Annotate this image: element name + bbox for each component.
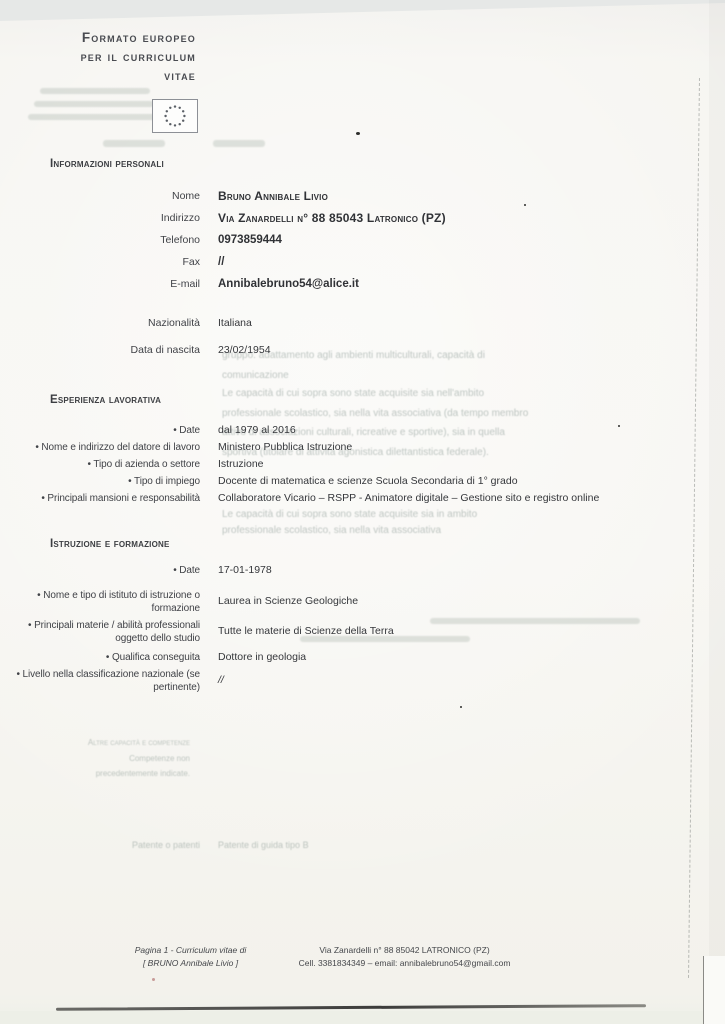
personal-info-rows: Nome Bruno Annibale Livio Indirizzo Via … (8, 190, 688, 300)
label-exp-date: • Date (8, 424, 200, 441)
row-telefono: Telefono 0973859444 (8, 234, 688, 256)
row-edu-date: • Date 17-01-1978 (8, 564, 688, 581)
row-edu-level: • Livello nella classificazione nazional… (8, 668, 688, 694)
row-nome: Nome Bruno Annibale Livio (8, 190, 688, 212)
label-telefono: Telefono (8, 234, 200, 256)
row-fax: Fax // (8, 256, 688, 278)
ghost-smudge (34, 101, 154, 107)
label-data-nascita: Data di nascita (8, 344, 200, 371)
value-telefono: 0973859444 (218, 234, 688, 256)
value-email: Annibalebruno54@alice.it (218, 278, 688, 300)
value-nazionalita: Italiana (218, 317, 688, 344)
scan-speck (356, 132, 360, 135)
label-fax: Fax (8, 256, 200, 278)
label-exp-sector: • Tipo di azienda o settore (8, 458, 200, 475)
ghost-smudge (28, 114, 158, 120)
value-nome: Bruno Annibale Livio (218, 190, 688, 212)
ghost-license-value: Patente di guida tipo B (218, 840, 468, 850)
row-exp-duties: • Principali mansioni e responsabilità C… (8, 492, 688, 509)
label-email: E-mail (8, 278, 200, 300)
row-edu-institute: • Nome e tipo di istituto di istruzione … (8, 589, 688, 615)
footer-contact-info: Via Zanardelli n° 88 85042 LATRONICO (PZ… (272, 944, 537, 969)
label-nome: Nome (8, 190, 200, 212)
scan-speck (618, 425, 620, 427)
value-edu-level: // (218, 668, 688, 694)
row-edu-qualification: • Qualifica conseguita Dottore in geolog… (8, 651, 688, 668)
label-indirizzo: Indirizzo (8, 212, 200, 234)
footer-page-info: Pagina 1 - Curriculum vitae di [ BRUNO A… (88, 944, 293, 969)
page-edge-bottom-line (56, 1004, 646, 1011)
value-indirizzo: Via Zanardelli n° 88 85043 Latronico (PZ… (218, 212, 688, 234)
value-edu-institute: Laurea in Scienze Geologiche (218, 589, 688, 615)
value-edu-subjects: Tutte le materie di Scienze della Terra (218, 619, 688, 645)
cv-title: Formato europeo per il curriculum vitae (30, 28, 196, 85)
row-exp-employer: • Nome e indirizzo del datore di lavoro … (8, 441, 688, 458)
page-edge-right-shade (709, 0, 725, 1024)
row-exp-role: • Tipo di impiego Docente di matematica … (8, 475, 688, 492)
ghost-bleedthrough-paragraph: Le capacità di cui sopra sono state acqu… (222, 507, 658, 539)
footer-page-line: [ BRUNO Annibale Livio ] (88, 957, 293, 970)
row-email: E-mail Annibalebruno54@alice.it (8, 278, 688, 300)
value-data-nascita: 23/02/1954 (218, 344, 688, 371)
cv-title-line: per il curriculum (30, 47, 196, 66)
label-exp-role: • Tipo di impiego (8, 475, 200, 492)
row-edu-subjects: • Principali materie / abilità professio… (8, 619, 688, 645)
value-exp-employer: Ministero Pubblica Istruzione (218, 441, 688, 458)
page-corner-paper (703, 956, 725, 1024)
cv-title-line: vitae (30, 66, 196, 85)
row-nazionalita: Nazionalità Italiana (8, 317, 688, 344)
scan-speck (524, 204, 526, 206)
page-edge-top (0, 0, 725, 24)
value-edu-qualification: Dottore in geologia (218, 651, 688, 668)
ghost-bleedthrough-labels: Altre capacità e competenze Competenze n… (18, 735, 190, 782)
scan-speck (460, 706, 462, 708)
row-exp-sector: • Tipo di azienda o settore Istruzione (8, 458, 688, 475)
label-edu-qualification: • Qualifica conseguita (8, 651, 200, 668)
label-exp-employer: • Nome e indirizzo del datore di lavoro (8, 441, 200, 458)
row-data-nascita: Data di nascita 23/02/1954 (8, 344, 688, 371)
scanned-cv-page: gruppo: adattamento agli ambienti multic… (0, 0, 725, 1024)
footer-contact-line: Via Zanardelli n° 88 85042 LATRONICO (PZ… (272, 944, 537, 957)
footer-page-line: Pagina 1 - Curriculum vitae di (88, 944, 293, 957)
section-title-education: Istruzione e formazione (50, 538, 280, 550)
section-title-personal-info: Informazioni personali (50, 158, 280, 170)
ghost-smudge (103, 140, 165, 147)
page-edge-bottom-strip (0, 1011, 725, 1024)
label-edu-date: • Date (8, 564, 200, 581)
value-fax: // (218, 256, 688, 278)
value-exp-sector: Istruzione (218, 458, 688, 475)
label-edu-level: • Livello nella classificazione nazional… (8, 668, 200, 694)
ghost-license-label: Patente o patenti (8, 840, 200, 850)
value-exp-duties: Collaboratore Vicario – RSPP - Animatore… (218, 492, 688, 509)
footer-contact-line: Cell. 3381834349 – email: annibalebruno5… (272, 957, 537, 970)
personal-extra-rows: Nazionalità Italiana Data di nascita 23/… (8, 317, 688, 371)
page-edge-right (688, 78, 700, 978)
label-exp-duties: • Principali mansioni e responsabilità (8, 492, 200, 509)
value-exp-role: Docente di matematica e scienze Scuola S… (218, 475, 688, 492)
section-title-work-experience: Esperienza lavorativa (50, 394, 280, 406)
row-indirizzo: Indirizzo Via Zanardelli n° 88 85043 Lat… (8, 212, 688, 234)
label-edu-subjects: • Principali materie / abilità professio… (8, 619, 200, 645)
value-edu-date: 17-01-1978 (218, 564, 688, 581)
ghost-smudge (40, 88, 150, 94)
label-nazionalita: Nazionalità (8, 317, 200, 344)
row-exp-date: • Date dal 1979 al 2016 (8, 424, 688, 441)
eu-flag-icon (152, 99, 198, 133)
label-edu-institute: • Nome e tipo di istituto di istruzione … (8, 589, 200, 615)
cv-title-line: Formato europeo (30, 28, 196, 47)
ghost-smudge (213, 140, 265, 147)
scan-speck (152, 978, 155, 981)
work-experience-rows: • Date dal 1979 al 2016 • Nome e indiriz… (8, 424, 688, 509)
education-rows: • Date 17-01-1978 • Nome e tipo di istit… (8, 564, 688, 694)
